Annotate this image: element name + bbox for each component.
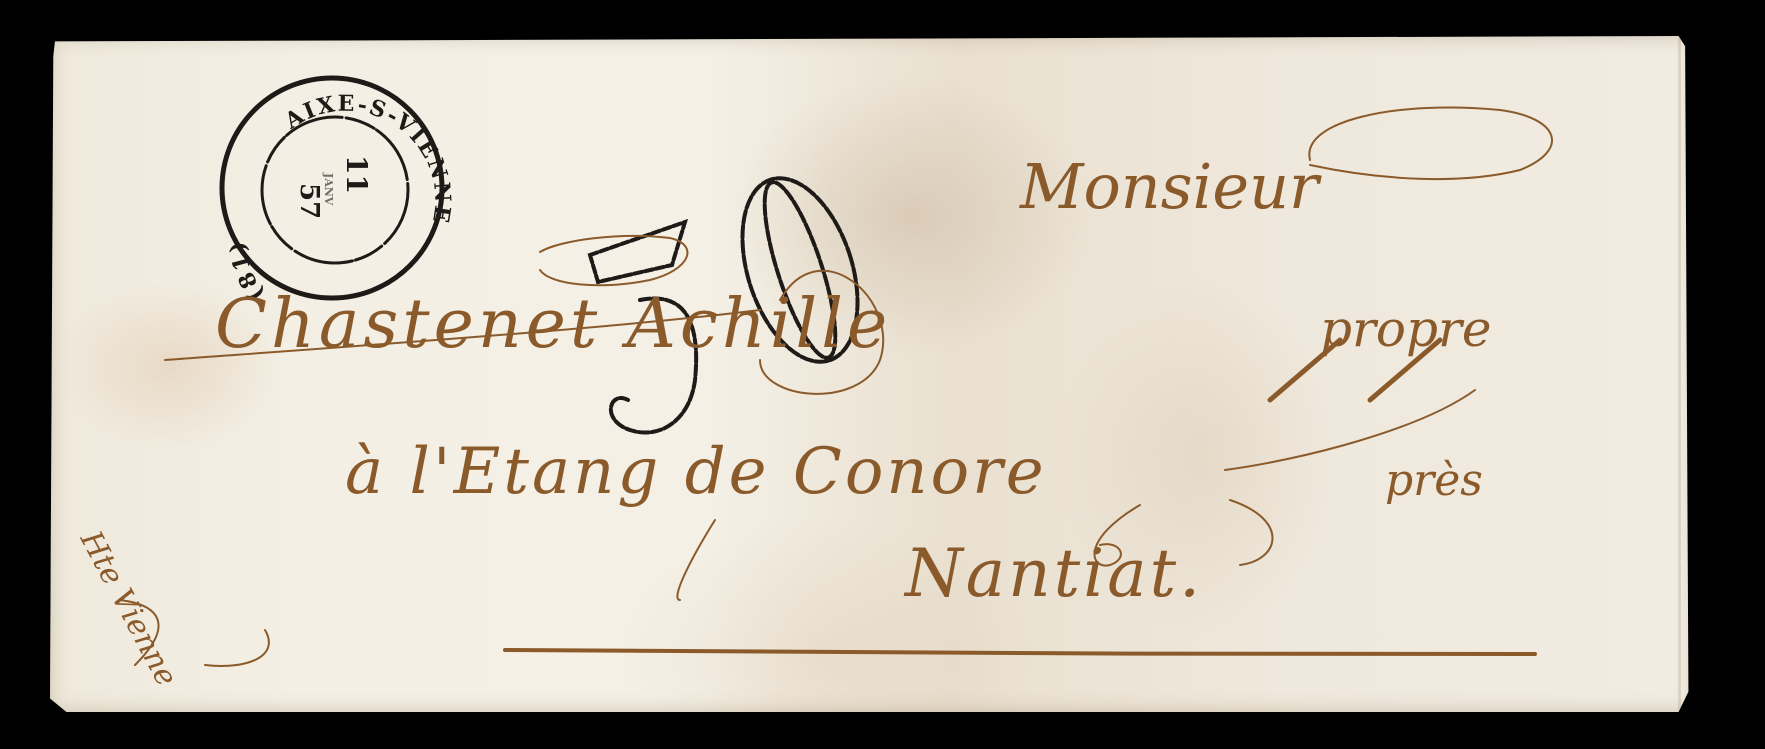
postmark-year: 57 — [294, 183, 324, 219]
postmark-day: 11 — [340, 155, 373, 194]
address-line-2-suffix: près — [1385, 455, 1483, 506]
addressee-name: Chastenet Achille — [215, 285, 891, 364]
postmark: AIXE-S-VIENNE (81) 11 JANV 57 — [222, 78, 456, 306]
address-line-2: à l'Etang de Conore — [345, 435, 1047, 509]
envelope-markings: AIXE-S-VIENNE (81) 11 JANV 57 — [0, 0, 1765, 749]
destination-town: Nantiat. — [905, 535, 1203, 612]
addressee-title: propre — [1320, 300, 1492, 358]
address-underline — [505, 650, 1535, 654]
salutation: Monsieur — [1020, 150, 1319, 223]
